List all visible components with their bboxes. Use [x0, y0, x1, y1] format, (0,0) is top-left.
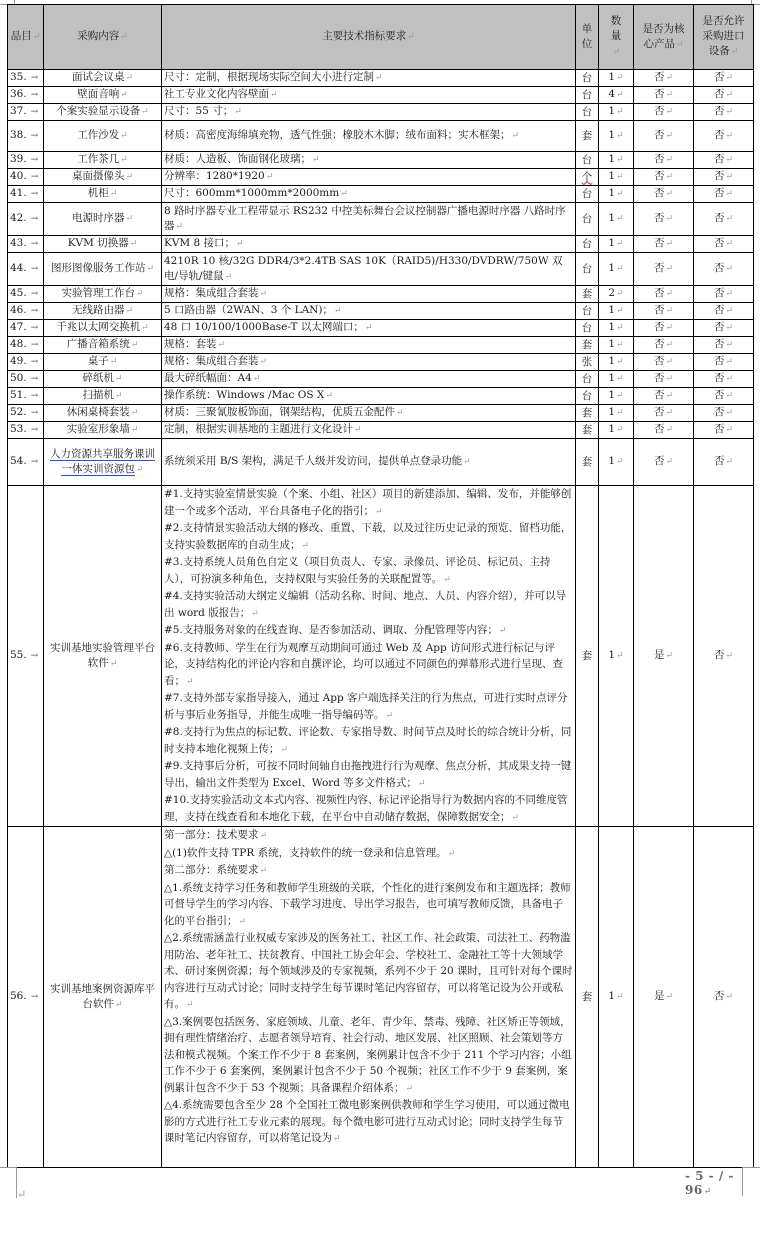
table-row: 45.→实验管理工作台↵规格：集成组合套装↵套2↵否↵否↵ — [8, 286, 754, 303]
spec-cell: 规格：集成组合套装↵ — [162, 354, 576, 371]
core-product-cell: 否↵ — [634, 70, 694, 87]
header-core-product: 是否为核心产品↵ — [634, 5, 694, 70]
header-spec: 主要技术指标要求↵ — [162, 5, 576, 70]
unit-cell: 套 — [576, 405, 599, 422]
core-product-cell: 否↵ — [634, 303, 694, 320]
spec-cell: 尺寸：600mm*1000mm*2000mm↵ — [162, 186, 576, 203]
unit-cell: 套 — [576, 121, 599, 152]
item-number-cell: 51.→ — [8, 388, 44, 405]
item-name-cell: 实验室形象墙↵ — [44, 422, 162, 439]
unit-cell: 台 — [576, 388, 599, 405]
spec-cell: 操作系统：Windows /Mac OS X↵ — [162, 388, 576, 405]
item-number-cell: 43.→ — [8, 236, 44, 253]
spec-cell: 规格：集成组合套装↵ — [162, 286, 576, 303]
spec-cell: #1.支持实验室情景实验（个案、小组、社区）项目的新建添加、编辑、发布，并能够创… — [162, 486, 576, 827]
unit-cell: 台 — [576, 186, 599, 203]
unit-cell: 台 — [576, 371, 599, 388]
core-product-cell: 否↵ — [634, 104, 694, 121]
quantity-cell: 1↵ — [599, 486, 634, 827]
core-product-cell: 否↵ — [634, 152, 694, 169]
quantity-cell: 1↵ — [599, 203, 634, 236]
unit-cell: 套 — [576, 439, 599, 486]
table-row: 35.→面试会议桌↵尺寸：定制，根据现场实际空间大小进行定制↵台1↵否↵否↵ — [8, 70, 754, 87]
import-allowed-cell: 否↵ — [694, 70, 754, 87]
tab-arrow-icon: → — [31, 264, 39, 274]
item-number-cell: 41.→ — [8, 186, 44, 203]
item-name-cell: 实训基地案例资源库平台软件↵ — [44, 827, 162, 1168]
quantity-cell: 4↵ — [599, 87, 634, 104]
import-allowed-cell: 否↵ — [694, 253, 754, 286]
core-product-cell: 否↵ — [634, 87, 694, 104]
quantity-cell: 1↵ — [599, 439, 634, 486]
page-number-footer: - 5 - / - 96↵ — [685, 1169, 760, 1197]
spec-paragraph: #7.支持外部专家指导接入，通过 App 客户端选择关注的行为焦点，可进行实时点… — [164, 690, 573, 724]
import-allowed-cell: 否↵ — [694, 371, 754, 388]
core-product-cell: 否↵ — [634, 320, 694, 337]
unit-cell: 台 — [576, 236, 599, 253]
spec-paragraph: #4.支持实验活动大纲定义编辑（活动名称、时间、地点、人员、内容介绍），并可以导… — [164, 588, 573, 622]
spec-paragraph: △(1)软件支持 TPR 系统，支持软件的统一登录和信息管理。↵ — [164, 845, 573, 863]
tab-arrow-icon: → — [31, 107, 39, 117]
core-product-cell: 是↵ — [634, 486, 694, 827]
table-row: 48.→广播音箱系统↵规格：套装↵套1↵否↵否↵ — [8, 337, 754, 354]
table-row: 44.→图形图像服务工作站↵4210R 10 核/32G DDR4/3*2.4T… — [8, 253, 754, 286]
tab-arrow-icon: → — [31, 992, 39, 1002]
import-allowed-cell: 否↵ — [694, 186, 754, 203]
unit-cell: 套 — [576, 422, 599, 439]
quantity-cell: 1↵ — [599, 169, 634, 186]
header-unit: 单位 — [576, 5, 599, 70]
item-name-cell: 广播音箱系统↵ — [44, 337, 162, 354]
tab-arrow-icon: → — [31, 323, 39, 333]
header-item-name: 采购内容↵ — [44, 5, 162, 70]
tab-arrow-icon: → — [31, 425, 39, 435]
tab-arrow-icon: → — [31, 357, 39, 367]
spec-cell: 系统须采用 B/S 架构，满足千人级并发访问，提供单点登录功能↵ — [162, 439, 576, 486]
tab-arrow-icon: → — [31, 340, 39, 350]
item-name-cell: 碎纸机↵ — [44, 371, 162, 388]
quantity-cell: 2↵ — [599, 286, 634, 303]
item-name-cell: 桌子↵ — [44, 354, 162, 371]
item-name-cell: 工作茶几↵ — [44, 152, 162, 169]
tab-arrow-icon: → — [31, 172, 39, 182]
item-name-cell: 工作沙发↵ — [44, 121, 162, 152]
import-allowed-cell: 否↵ — [694, 439, 754, 486]
import-allowed-cell: 否↵ — [694, 121, 754, 152]
quantity-cell: 1↵ — [599, 354, 634, 371]
core-product-cell: 否↵ — [634, 121, 694, 152]
spec-cell: 分辨率：1280*1920↵ — [162, 169, 576, 186]
spec-paragraph: #1.支持实验室情景实验（个案、小组、社区）项目的新建添加、编辑、发布，并能够创… — [164, 486, 573, 520]
table-row: 39.→工作茶几↵材质：人造板、饰面钢化玻璃；↵台1↵否↵否↵ — [8, 152, 754, 169]
table-row: 55.→实训基地实验管理平台软件↵#1.支持实验室情景实验（个案、小组、社区）项… — [8, 486, 754, 827]
tab-arrow-icon: → — [31, 214, 39, 224]
quantity-cell: 1↵ — [599, 104, 634, 121]
unit-cell: 套 — [576, 286, 599, 303]
document-page: 品目↵ 采购内容↵ 主要技术指标要求↵ 单位 数量↵ 是否为核心产品↵ 是否允许… — [0, 0, 760, 1245]
item-name-cell: 机柜↵ — [44, 186, 162, 203]
spec-paragraph: △2.系统需涵盖行业权威专家涉及的医务社工、社区工作、社会政策、司法社工、药物滥… — [164, 930, 573, 1014]
spec-cell: 8 路时序器专业工程带显示 RS232 中控美标舞台会议控制器广播电源时序器 八… — [162, 203, 576, 236]
table-row: 46.→无线路由器↵5 口路由器（2WAN、3 个 LAN)；↵台1↵否↵否↵ — [8, 303, 754, 320]
item-name-cell: 桌面摄像头↵ — [44, 169, 162, 186]
tab-arrow-icon: → — [31, 457, 39, 467]
item-name-cell: 壁面音响↵ — [44, 87, 162, 104]
spec-paragraph: △1.系统支持学习任务和教师学生班级的关联，个性化的进行案例发布和主题选择；教师… — [164, 880, 573, 931]
spec-cell: 规格：套装↵ — [162, 337, 576, 354]
unit-cell: 台 — [576, 203, 599, 236]
quantity-cell: 1↵ — [599, 422, 634, 439]
unit-cell: 台 — [576, 152, 599, 169]
quantity-cell: 1↵ — [599, 152, 634, 169]
tab-arrow-icon: → — [31, 374, 39, 384]
import-allowed-cell: 否↵ — [694, 152, 754, 169]
core-product-cell: 否↵ — [634, 422, 694, 439]
table-row: 41.→机柜↵尺寸：600mm*1000mm*2000mm↵台1↵否↵否↵ — [8, 186, 754, 203]
spec-cell: 社工专业文化内容壁面↵ — [162, 87, 576, 104]
spec-cell: 材质：三聚氰胺板饰面，钢架结构，优质五金配件↵ — [162, 405, 576, 422]
quantity-cell: 1↵ — [599, 388, 634, 405]
unit-cell: 台 — [576, 303, 599, 320]
core-product-cell: 否↵ — [634, 253, 694, 286]
spec-cell: 尺寸：55 寸；↵ — [162, 104, 576, 121]
item-name-cell: 休闲桌椅套装↵ — [44, 405, 162, 422]
paragraph-mark: ↵ — [17, 1188, 26, 1201]
item-name-cell: 电源时序器↵ — [44, 203, 162, 236]
core-product-cell: 否↵ — [634, 371, 694, 388]
spec-cell: 定制，根据实训基地的主题进行文化设计↵ — [162, 422, 576, 439]
tab-arrow-icon: → — [31, 289, 39, 299]
item-name-cell: 人力资源共享服务课训一体实训资源包↵ — [44, 439, 162, 486]
core-product-cell: 否↵ — [634, 439, 694, 486]
spec-cell: 5 口路由器（2WAN、3 个 LAN)；↵ — [162, 303, 576, 320]
spec-paragraph: △4.系统需要包含至少 28 个全国社工微电影案例供教师和学生学习使用，可以通过… — [164, 1097, 573, 1148]
crop-mark-bottom-left — [0, 1167, 17, 1198]
core-product-cell: 否↵ — [634, 337, 694, 354]
tab-arrow-icon: → — [31, 155, 39, 165]
spec-cell: 48 口 10/100/1000Base-T 以太网端口；↵ — [162, 320, 576, 337]
tab-arrow-icon: → — [31, 90, 39, 100]
table-body: 35.→面试会议桌↵尺寸：定制，根据现场实际空间大小进行定制↵台1↵否↵否↵36… — [8, 70, 754, 1168]
item-number-cell: 40.→ — [8, 169, 44, 186]
import-allowed-cell: 否↵ — [694, 354, 754, 371]
item-name-cell: 个案实验显示设备↵ — [44, 104, 162, 121]
item-number-cell: 42.→ — [8, 203, 44, 236]
item-number-cell: 56.→ — [8, 827, 44, 1168]
quantity-cell: 1↵ — [599, 320, 634, 337]
import-allowed-cell: 否↵ — [694, 286, 754, 303]
spec-paragraph: #2.支持情景实验活动大纲的修改、重置、下载，以及过往历史记录的预览、留档功能，… — [164, 520, 573, 554]
table-row: 51.→扫描机↵操作系统：Windows /Mac OS X↵台1↵否↵否↵ — [8, 388, 754, 405]
unit-cell: 套 — [576, 486, 599, 827]
procurement-spec-table: 品目↵ 采购内容↵ 主要技术指标要求↵ 单位 数量↵ 是否为核心产品↵ 是否允许… — [7, 4, 754, 1168]
quantity-cell: 1↵ — [599, 121, 634, 152]
spec-cell: 材质：人造板、饰面钢化玻璃；↵ — [162, 152, 576, 169]
unit-cell: 套 — [576, 337, 599, 354]
core-product-cell: 否↵ — [634, 405, 694, 422]
import-allowed-cell: 否↵ — [694, 486, 754, 827]
table-row: 56.→实训基地案例资源库平台软件↵第一部分：技术要求↵△(1)软件支持 TPR… — [8, 827, 754, 1168]
item-number-cell: 55.→ — [8, 486, 44, 827]
spec-cell: KVM 8 接口；↵ — [162, 236, 576, 253]
table-row: 42.→电源时序器↵8 路时序器专业工程带显示 RS232 中控美标舞台会议控制… — [8, 203, 754, 236]
core-product-cell: 否↵ — [634, 186, 694, 203]
import-allowed-cell: 否↵ — [694, 169, 754, 186]
table-row: 54.→人力资源共享服务课训一体实训资源包↵系统须采用 B/S 架构，满足千人级… — [8, 439, 754, 486]
spec-paragraph: #9.支持事后分析，可按不同时间轴自由拖拽进行行为观摩、焦点分析，其成果支持一键… — [164, 758, 573, 792]
tab-arrow-icon: → — [31, 306, 39, 316]
spec-cell: 第一部分：技术要求↵△(1)软件支持 TPR 系统，支持软件的统一登录和信息管理… — [162, 827, 576, 1168]
unit-cell: 个 — [576, 169, 599, 186]
item-number-cell: 54.→ — [8, 439, 44, 486]
import-allowed-cell: 否↵ — [694, 388, 754, 405]
item-name-cell: 无线路由器↵ — [44, 303, 162, 320]
quantity-cell: 1↵ — [599, 303, 634, 320]
quantity-cell: 1↵ — [599, 253, 634, 286]
item-number-cell: 39.→ — [8, 152, 44, 169]
quantity-cell: 1↵ — [599, 236, 634, 253]
item-number-cell: 36.→ — [8, 87, 44, 104]
unit-cell: 台 — [576, 87, 599, 104]
core-product-cell: 否↵ — [634, 169, 694, 186]
item-number-cell: 49.→ — [8, 354, 44, 371]
header-qty: 数量↵ — [599, 5, 634, 70]
item-number-cell: 52.→ — [8, 405, 44, 422]
tab-arrow-icon: → — [31, 391, 39, 401]
import-allowed-cell: 否↵ — [694, 337, 754, 354]
spec-paragraph: △3.案例要包括医务、家庭领域、儿童、老年、青少年、禁毒、残障、社区矫正等领域，… — [164, 1014, 573, 1098]
import-allowed-cell: 否↵ — [694, 422, 754, 439]
table-row: 49.→桌子↵规格：集成组合套装↵张1↵否↵否↵ — [8, 354, 754, 371]
table-row: 40.→桌面摄像头↵分辨率：1280*1920↵个1↵否↵否↵ — [8, 169, 754, 186]
quantity-cell: 1↵ — [599, 405, 634, 422]
spec-cell: 最大碎纸幅面：A4↵ — [162, 371, 576, 388]
core-product-cell: 否↵ — [634, 286, 694, 303]
item-number-cell: 37.→ — [8, 104, 44, 121]
table-row: 36.→壁面音响↵社工专业文化内容壁面↵台4↵否↵否↵ — [8, 87, 754, 104]
spec-paragraph: #6.支持教师、学生在行为观摩互动期间可通过 Web 及 App 访问形式进行标… — [164, 640, 573, 691]
unit-cell: 台 — [576, 253, 599, 286]
import-allowed-cell: 否↵ — [694, 303, 754, 320]
import-allowed-cell: 否↵ — [694, 405, 754, 422]
unit-cell: 台 — [576, 104, 599, 121]
spec-paragraph: 第二部分：系统要求↵ — [164, 862, 573, 880]
quantity-cell: 1↵ — [599, 186, 634, 203]
core-product-cell: 是↵ — [634, 827, 694, 1168]
tab-arrow-icon: → — [31, 73, 39, 83]
item-name-cell: 扫描机↵ — [44, 388, 162, 405]
core-product-cell: 否↵ — [634, 388, 694, 405]
tab-arrow-icon: → — [31, 651, 39, 661]
core-product-cell: 否↵ — [634, 236, 694, 253]
spec-cell: 尺寸：定制，根据现场实际空间大小进行定制↵ — [162, 70, 576, 87]
import-allowed-cell: 否↵ — [694, 203, 754, 236]
tab-arrow-icon: → — [31, 408, 39, 418]
unit-cell: 台 — [576, 320, 599, 337]
table-row: 53.→实验室形象墙↵定制，根据实训基地的主题进行文化设计↵套1↵否↵否↵ — [8, 422, 754, 439]
table-row: 37.→个案实验显示设备↵尺寸：55 寸；↵台1↵否↵否↵ — [8, 104, 754, 121]
tab-arrow-icon: → — [31, 239, 39, 249]
import-allowed-cell: 否↵ — [694, 827, 754, 1168]
unit-cell: 张 — [576, 354, 599, 371]
tab-arrow-icon: → — [31, 131, 39, 141]
item-name-cell: 图形图像服务工作站↵ — [44, 253, 162, 286]
item-number-cell: 46.→ — [8, 303, 44, 320]
table-row: 50.→碎纸机↵最大碎纸幅面：A4↵台1↵否↵否↵ — [8, 371, 754, 388]
unit-cell: 台 — [576, 70, 599, 87]
spec-paragraph: 第一部分：技术要求↵ — [164, 827, 573, 845]
item-name-cell: 面试会议桌↵ — [44, 70, 162, 87]
item-name-cell: 实训基地实验管理平台软件↵ — [44, 486, 162, 827]
import-allowed-cell: 否↵ — [694, 320, 754, 337]
spec-cell: 材质：高密度海绵填充物，透气性强；橡胶木木脚；绒布面料；实木框架；↵ — [162, 121, 576, 152]
table-row: 38.→工作沙发↵材质：高密度海绵填充物，透气性强；橡胶木木脚；绒布面料；实木框… — [8, 121, 754, 152]
quantity-cell: 1↵ — [599, 337, 634, 354]
spec-paragraph: #8.支持行为焦点的标记数、评论数、专家指导数、时间节点及时长的综合统计分析，同… — [164, 724, 573, 758]
header-item-no: 品目↵ — [8, 5, 44, 70]
spec-paragraph: #10.支持实验活动文本式内容、视频性内容、标记评论指导行为数据内容的不同维度管… — [164, 792, 573, 826]
table-header-row: 品目↵ 采购内容↵ 主要技术指标要求↵ 单位 数量↵ 是否为核心产品↵ 是否允许… — [8, 5, 754, 70]
item-number-cell: 35.→ — [8, 70, 44, 87]
item-number-cell: 50.→ — [8, 371, 44, 388]
core-product-cell: 否↵ — [634, 354, 694, 371]
spec-paragraph: #3.支持系统人员角色自定义（项目负责人、专家、录像员、评论员、标记员、主持人）… — [164, 554, 573, 588]
import-allowed-cell: 否↵ — [694, 87, 754, 104]
table-row: 43.→KVM 切换器↵KVM 8 接口；↵台1↵否↵否↵ — [8, 236, 754, 253]
import-allowed-cell: 否↵ — [694, 104, 754, 121]
item-number-cell: 44.→ — [8, 253, 44, 286]
table-row: 47.→千兆以太网交换机↵48 口 10/100/1000Base-T 以太网端… — [8, 320, 754, 337]
tab-arrow-icon: → — [31, 189, 39, 199]
item-number-cell: 48.→ — [8, 337, 44, 354]
table-row: 52.→休闲桌椅套装↵材质：三聚氰胺板饰面，钢架结构，优质五金配件↵套1↵否↵否… — [8, 405, 754, 422]
item-name-cell: 千兆以太网交换机↵ — [44, 320, 162, 337]
quantity-cell: 1↵ — [599, 371, 634, 388]
item-name-cell: KVM 切换器↵ — [44, 236, 162, 253]
spec-cell: 4210R 10 核/32G DDR4/3*2.4TB SAS 10K（RAID… — [162, 253, 576, 286]
core-product-cell: 否↵ — [634, 203, 694, 236]
header-import-allowed: 是否允许采购进口设备↵ — [694, 5, 754, 70]
unit-cell: 套 — [576, 827, 599, 1168]
import-allowed-cell: 否↵ — [694, 236, 754, 253]
item-number-cell: 45.→ — [8, 286, 44, 303]
item-number-cell: 47.→ — [8, 320, 44, 337]
item-name-cell: 实验管理工作台↵ — [44, 286, 162, 303]
spec-paragraph: #5.支持服务对象的在线查询、是否参加活动、调取、分配管理等内容；↵ — [164, 622, 573, 640]
item-number-cell: 38.→ — [8, 121, 44, 152]
quantity-cell: 1↵ — [599, 827, 634, 1168]
quantity-cell: 1↵ — [599, 70, 634, 87]
item-number-cell: 53.→ — [8, 422, 44, 439]
